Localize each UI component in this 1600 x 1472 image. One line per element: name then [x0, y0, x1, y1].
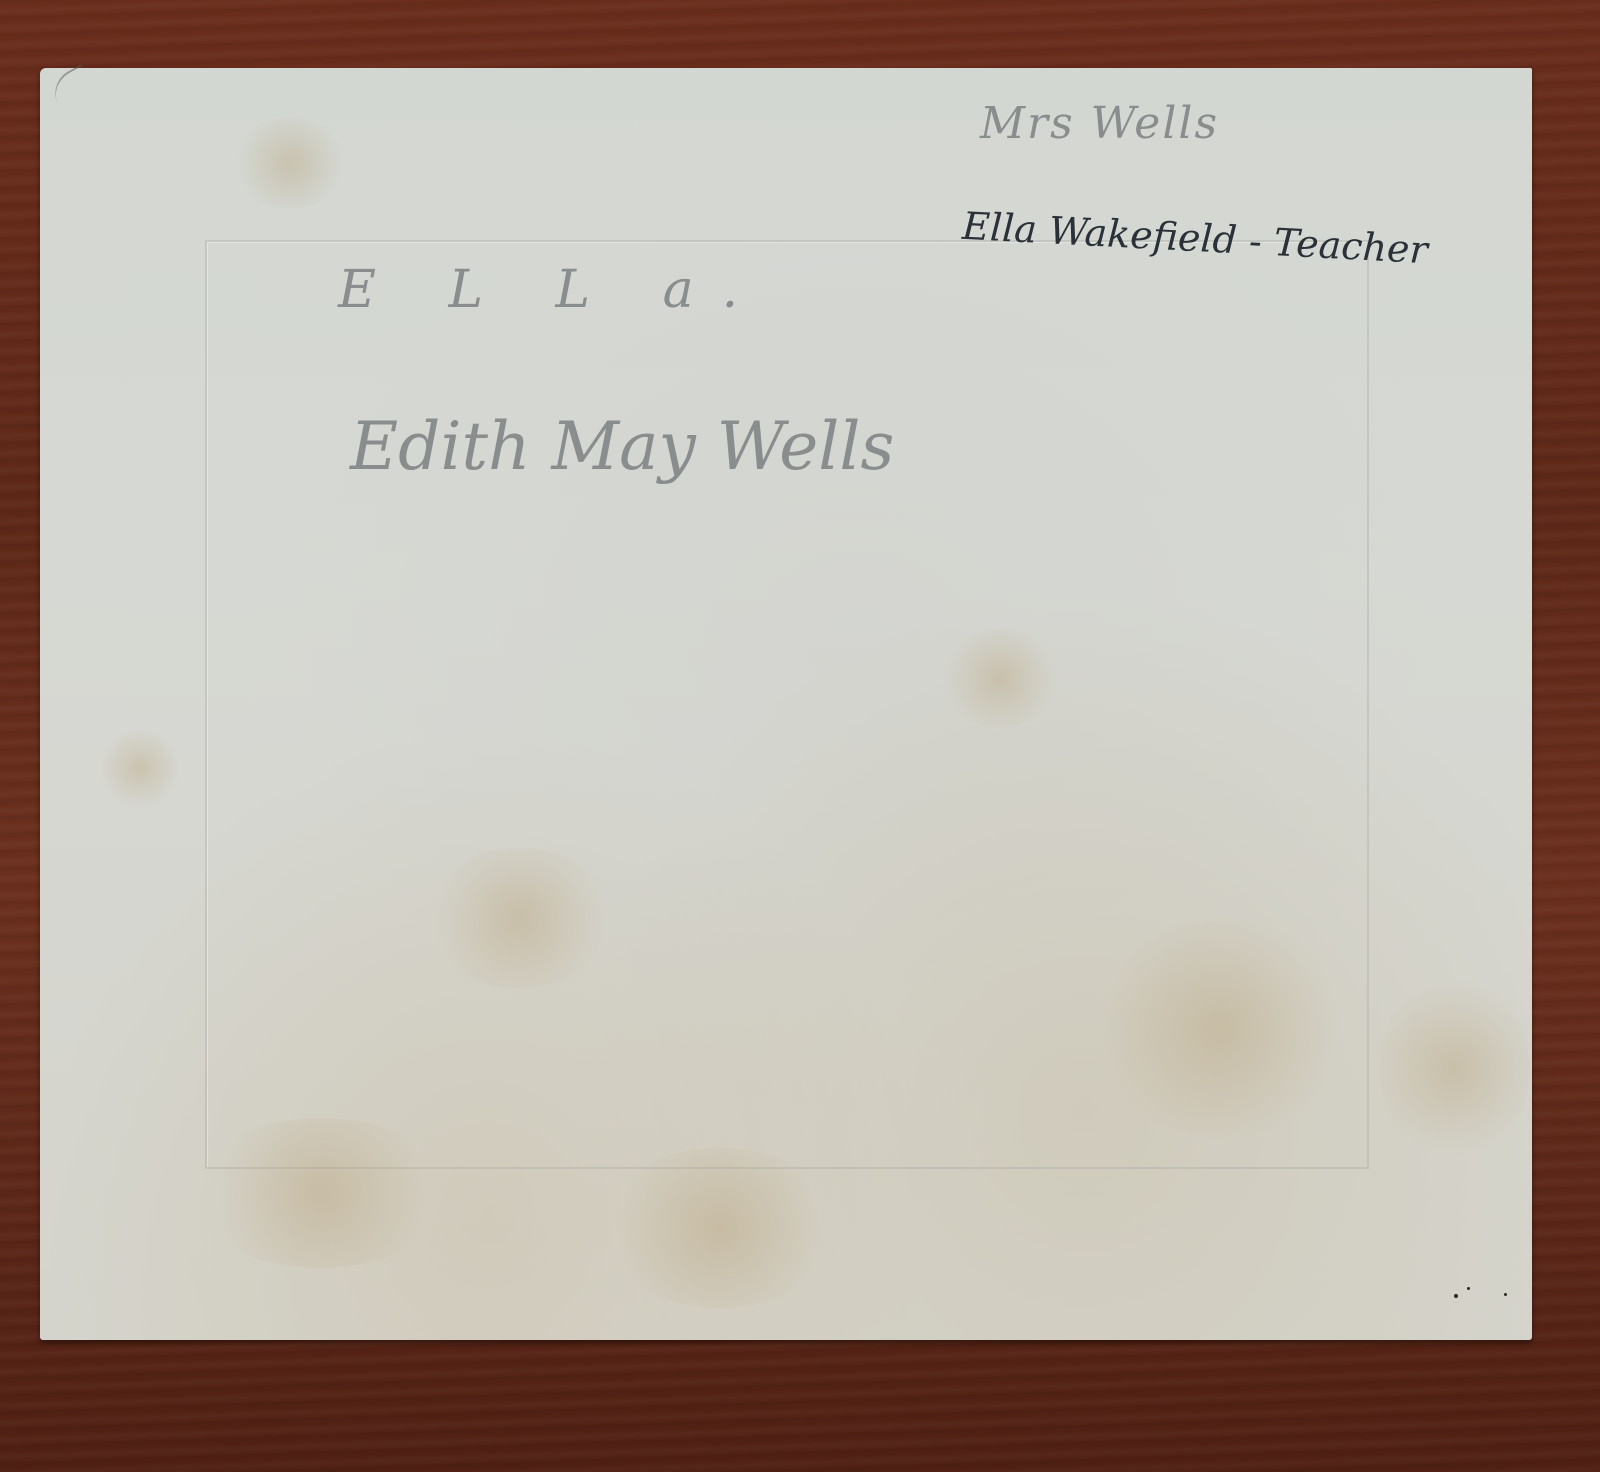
foxing-stain: [1090, 918, 1350, 1138]
foxing-stain: [190, 1118, 450, 1268]
photo-card-back: Mrs Wells Ella Wakefield - Teacher E L L…: [40, 68, 1532, 1340]
foxing-stain: [600, 1148, 840, 1308]
ink-dot: [1467, 1287, 1470, 1290]
foxing-stain: [230, 118, 350, 208]
pencil-inscription-mrs-wells: Mrs Wells: [980, 98, 1219, 149]
pencil-inscription-edith-may-wells: Edith May Wells: [350, 408, 894, 485]
pencil-inscription-ella: E L L a.: [338, 260, 766, 320]
foxing-stain: [1380, 968, 1530, 1168]
foxing-stain: [420, 848, 620, 988]
foxing-stain: [100, 728, 180, 808]
ink-dot: [1504, 1293, 1507, 1296]
corner-crease: [46, 64, 94, 106]
foxing-stain: [940, 628, 1060, 728]
ink-dot: [1454, 1294, 1458, 1298]
